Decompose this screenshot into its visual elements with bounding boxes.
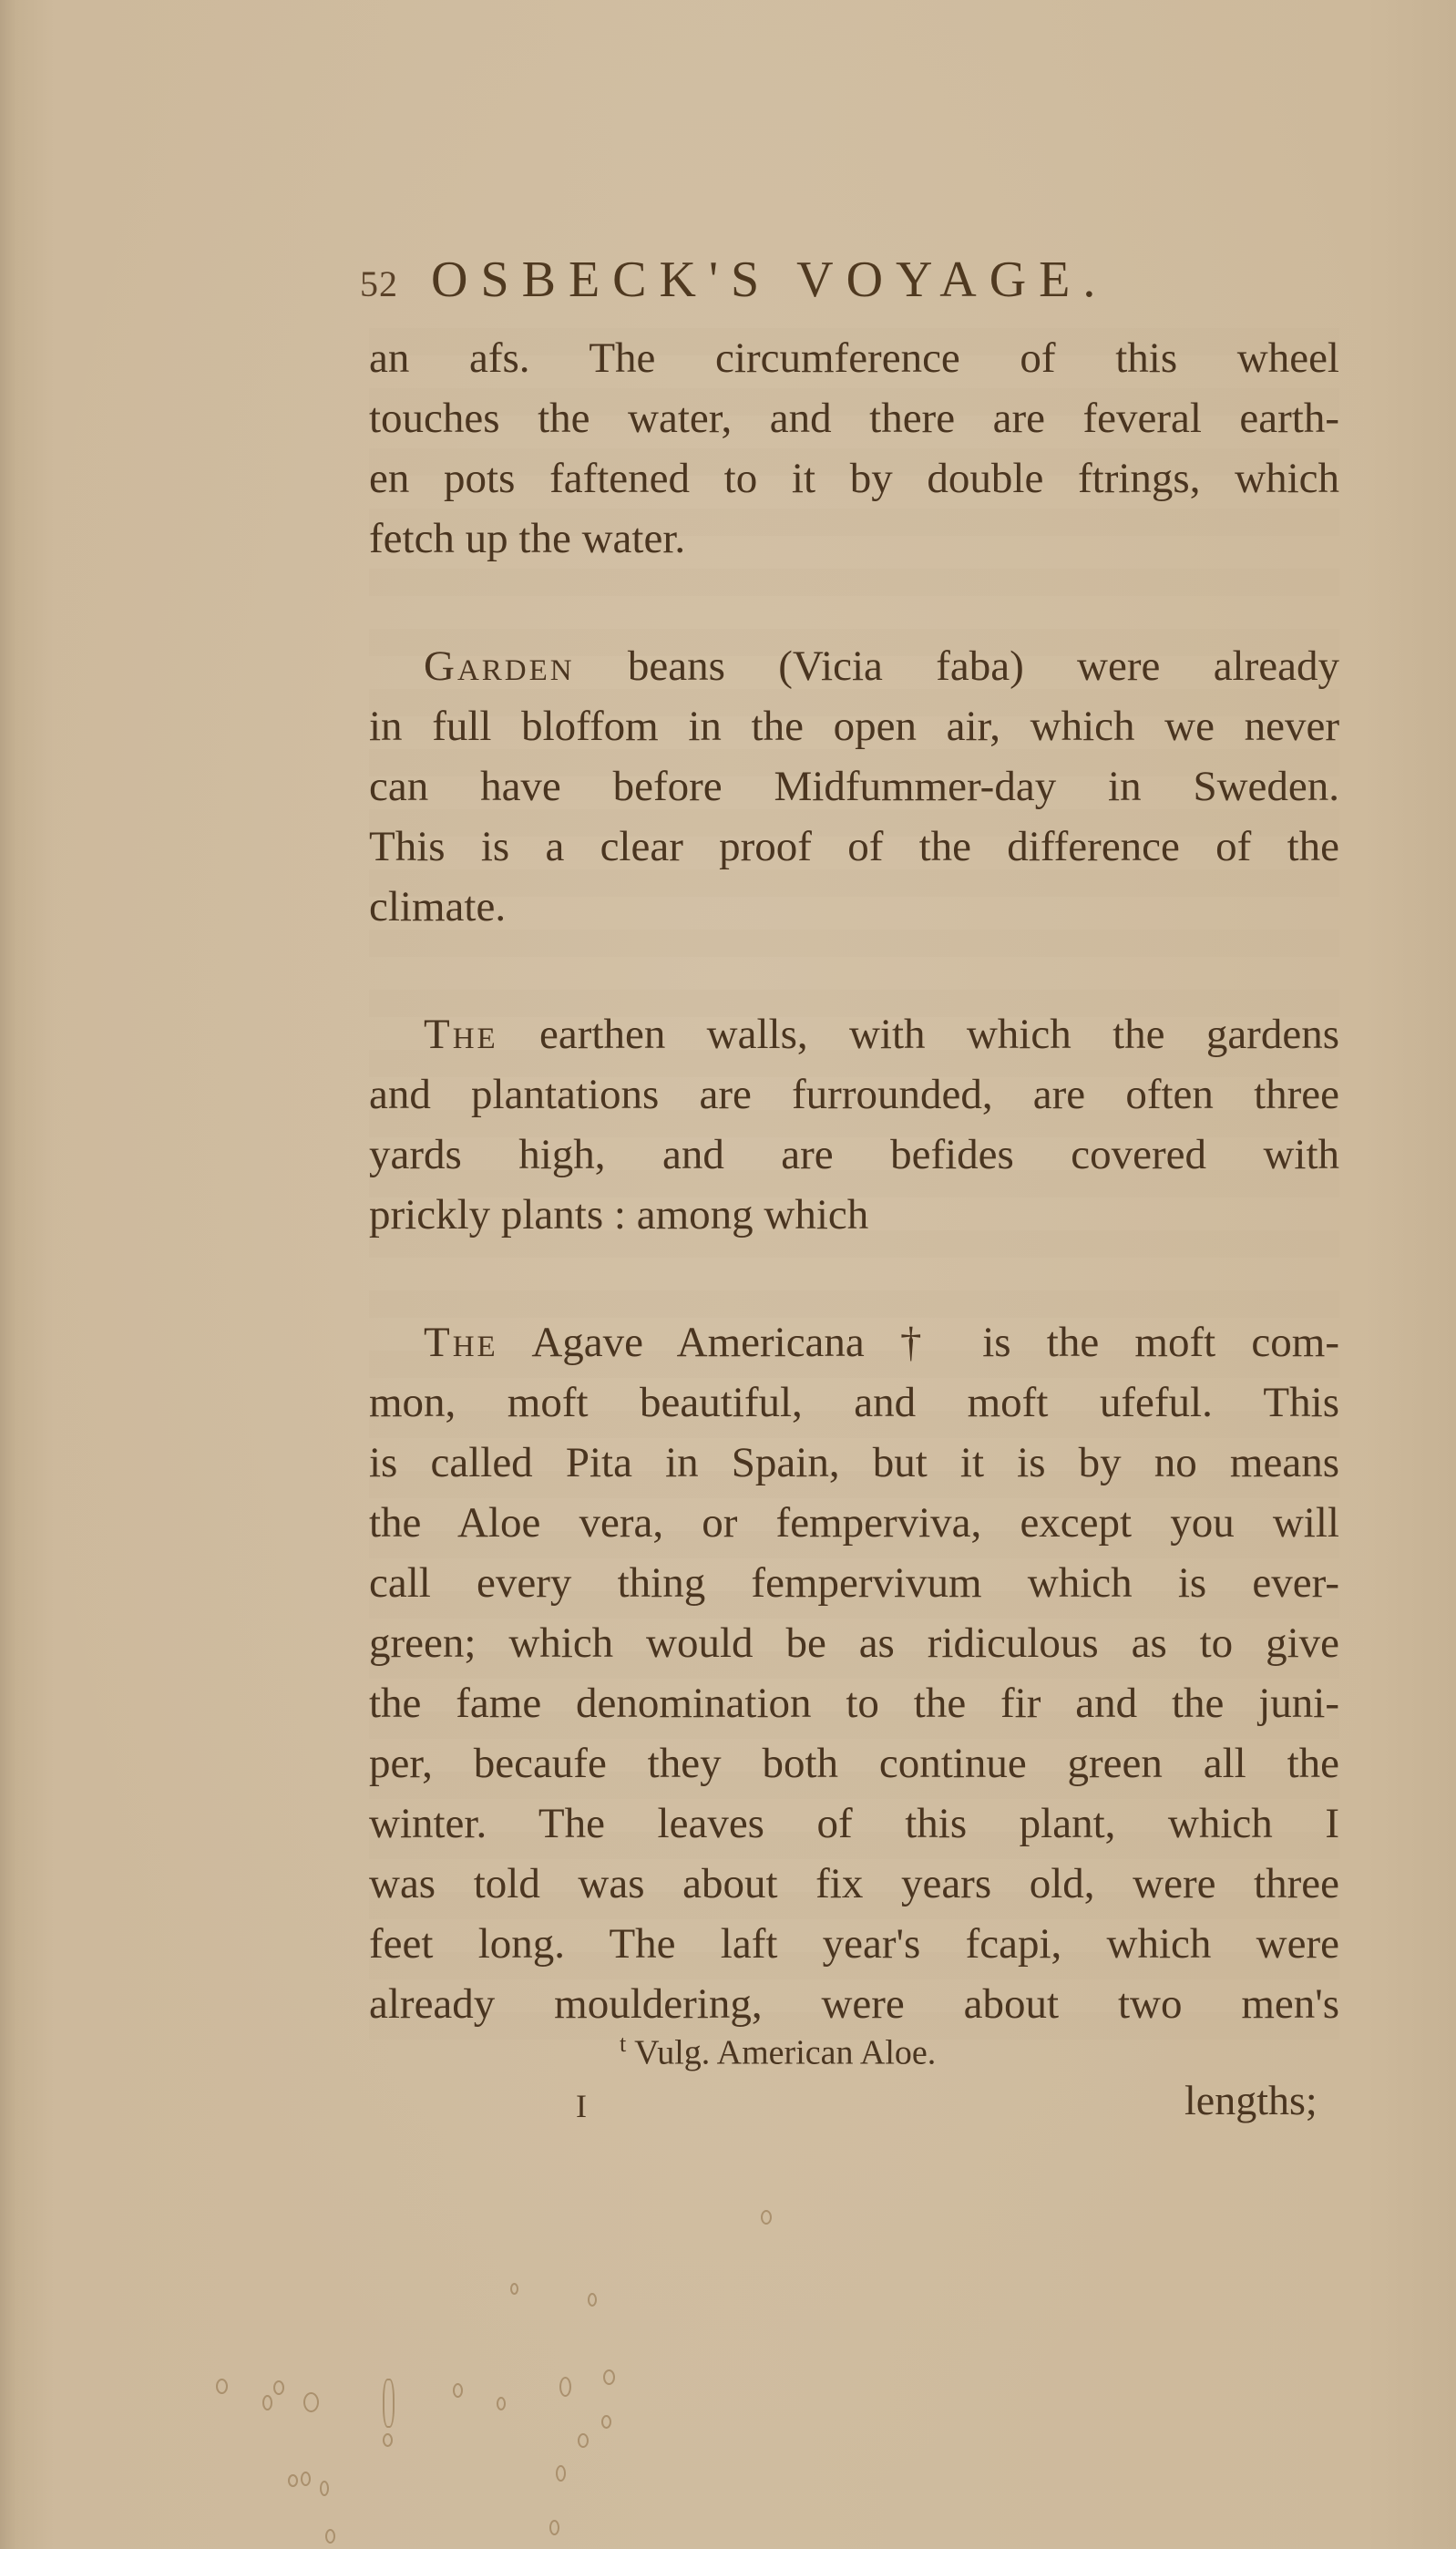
small-caps-lead: The bbox=[424, 1319, 498, 1366]
text-line: feet long. The laft year's fcapi, which … bbox=[369, 1914, 1339, 1974]
text-line: green; which would be as ridiculous as t… bbox=[369, 1613, 1339, 1673]
book-page: 52 OSBECK'S VOYAGE. an afs. The circumfe… bbox=[0, 0, 1456, 2549]
text-line: mon, moft beautiful, and moft ufeful. Th… bbox=[369, 1372, 1339, 1433]
footnote: t Vulg. American Aloe. bbox=[620, 2030, 936, 2073]
page-number: 52 bbox=[360, 262, 398, 305]
body-text: an afs. The circumference of this wheel … bbox=[369, 328, 1339, 2034]
small-caps-lead: The bbox=[424, 1011, 498, 1058]
foxing-spot bbox=[601, 2415, 611, 2429]
signature-mark: I bbox=[576, 2087, 587, 2125]
foxing-spot bbox=[603, 2369, 615, 2385]
foxing-spot bbox=[453, 2383, 463, 2398]
paragraph-first-line: The Agave Americana † is the moft com- bbox=[369, 1312, 1339, 1372]
foxing-spot bbox=[510, 2283, 518, 2295]
foxing-spot bbox=[303, 2392, 319, 2412]
text-line: winter. The leaves of this plant, which … bbox=[369, 1794, 1339, 1854]
foxing-spot bbox=[288, 2474, 298, 2487]
foxing-spot bbox=[301, 2472, 311, 2486]
text-run: Agave Americana † is the moft com- bbox=[498, 1319, 1339, 1366]
text-line: This is a clear proof of the difference … bbox=[369, 817, 1339, 877]
text-line: the Aloe vera, or femperviva, except you… bbox=[369, 1493, 1339, 1553]
text-run: beans (Vicia faba) were already bbox=[575, 642, 1339, 690]
text-line: and plantations are furrounded, are ofte… bbox=[369, 1064, 1339, 1125]
foxing-spot bbox=[216, 2379, 228, 2394]
text-line: an afs. The circumference of this wheel bbox=[369, 328, 1339, 388]
text-line: touches the water, and there are feveral… bbox=[369, 388, 1339, 448]
small-caps-lead: Garden bbox=[424, 642, 575, 690]
foxing-spot bbox=[262, 2395, 272, 2410]
foxing-spot bbox=[578, 2433, 589, 2448]
text-line: can have before Midfummer-day in Sweden. bbox=[369, 756, 1339, 817]
foxing-spot bbox=[383, 2433, 393, 2447]
text-line: was told was about fix years old, were t… bbox=[369, 1854, 1339, 1914]
running-head: 52 OSBECK'S VOYAGE. bbox=[360, 251, 1344, 314]
foxing-spot bbox=[320, 2481, 329, 2496]
text-line: yards high, and are befides covered with bbox=[369, 1125, 1339, 1185]
text-line: fetch up the water. bbox=[369, 509, 1339, 569]
text-line: the fame denomination to the fir and the… bbox=[369, 1673, 1339, 1733]
running-title: OSBECK'S VOYAGE. bbox=[431, 251, 1108, 309]
text-line: in full bloffom in the open air, which w… bbox=[369, 696, 1339, 756]
foxing-spot bbox=[588, 2293, 597, 2307]
text-line: climate. bbox=[369, 877, 1339, 937]
footnote-text: Vulg. American Aloe. bbox=[634, 2034, 936, 2072]
foxing-spot bbox=[497, 2397, 506, 2410]
footnote-marker: t bbox=[620, 2030, 626, 2057]
catchword: lengths; bbox=[1184, 2076, 1318, 2124]
foxing-spot bbox=[325, 2529, 335, 2544]
foxing-spot bbox=[559, 2377, 571, 2397]
text-line: prickly plants : among which bbox=[369, 1185, 1339, 1245]
foxing-spot bbox=[273, 2380, 284, 2395]
paragraph-first-line: The earthen walls, with which the garden… bbox=[369, 1004, 1339, 1064]
text-line: already mouldering, were about two men's bbox=[369, 1974, 1339, 2034]
foxing-spot bbox=[556, 2465, 566, 2482]
text-run: earthen walls, with which the gardens bbox=[498, 1011, 1339, 1058]
text-line: en pots faftened to it by double ftrings… bbox=[369, 448, 1339, 509]
foxing-spot bbox=[761, 2210, 772, 2225]
text-line: per, becaufe they both continue green al… bbox=[369, 1733, 1339, 1794]
text-line: call every thing fempervivum which is ev… bbox=[369, 1553, 1339, 1613]
foxing-spot bbox=[383, 2379, 395, 2428]
text-line: is called Pita in Spain, but it is by no… bbox=[369, 1433, 1339, 1493]
foxing-spot bbox=[549, 2520, 559, 2535]
paragraph-first-line: Garden beans (Vicia faba) were already bbox=[369, 636, 1339, 696]
